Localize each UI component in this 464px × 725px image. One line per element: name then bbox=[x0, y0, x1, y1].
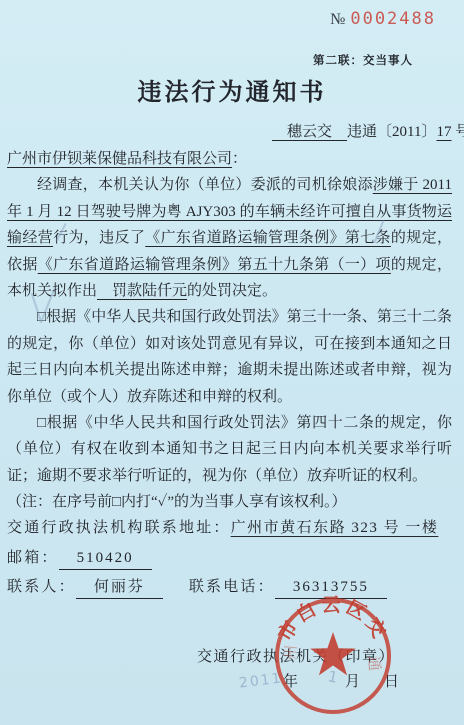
document-number-line: 穗云交 违通〔2011〕17 号 bbox=[272, 120, 464, 141]
person-value: 何丽芬 bbox=[76, 576, 163, 599]
text-segment: 17 bbox=[436, 124, 451, 140]
seal-left-partial-char: 州 bbox=[282, 644, 300, 660]
text-segment: 号 bbox=[451, 124, 464, 140]
copy-label: 第二联：交当事人 bbox=[313, 52, 413, 68]
contact-block: 交通行政执法机构联系地址：广州市黄石东路 323 号 一楼 邮箱：510420 … bbox=[7, 514, 454, 603]
person-label: 联系人： bbox=[7, 579, 76, 595]
phone-label: 联系电话： bbox=[189, 579, 275, 595]
zip-value: 510420 bbox=[59, 547, 152, 570]
address-value: 广州市黄石东路 323 号 一楼 bbox=[231, 520, 439, 536]
text-segment: 穗云交 bbox=[272, 124, 347, 140]
seal-graphic: 市白云区交 州 通 bbox=[271, 594, 395, 718]
text-segment: 行为，违反了 bbox=[53, 230, 145, 246]
para-hearing-text: 根据《中华人民共和国行政处罚法》第四十二条的规定，你（单位）有权在收到本通知书之… bbox=[7, 415, 452, 484]
text-segment: 违通〔2011〕 bbox=[347, 124, 436, 140]
zip-label: 邮箱： bbox=[7, 550, 59, 566]
text-segment: 罚款陆仟元 bbox=[97, 283, 187, 299]
star-icon bbox=[310, 632, 356, 675]
numero-sign: № bbox=[330, 11, 346, 28]
para-investigation: 经调查，本机关认为你（单位）委派的司机徐娘添涉嫌于 2011 年 1 月 12 … bbox=[7, 172, 452, 304]
para-statement-text: 根据《中华人民共和国行政处罚法》第三十一条、第三十二条的规定，你（单位）如对该处… bbox=[7, 309, 452, 404]
official-seal-stamp: 市白云区交 州 通 bbox=[271, 594, 395, 718]
recipient-name: 广州市伊钡莱保健品科技有限公司 bbox=[7, 151, 232, 167]
contact-address-line: 交通行政执法机构联系地址：广州市黄石东路 323 号 一楼 bbox=[7, 514, 454, 544]
recipient-line: 广州市伊钡莱保健品科技有限公司： bbox=[7, 146, 452, 172]
checkbox-hearing: □ bbox=[37, 415, 47, 431]
document-body: 广州市伊钡莱保健品科技有限公司： 经调查，本机关认为你（单位）委派的司机徐娘添涉… bbox=[7, 146, 452, 516]
text-segment: 《广东省道路运输管理条例》第七条 bbox=[145, 230, 391, 246]
serial-number: 0002488 bbox=[350, 9, 436, 29]
note-line: （注：在序号前□内打“✓”的为当事人享有该权利。） bbox=[7, 489, 452, 515]
seal-right-partial-char: 通 bbox=[365, 655, 383, 671]
recipient-colon: ： bbox=[232, 151, 247, 167]
text-segment: 《广东省道路运输管理条例》第五十九条第（一）项 bbox=[38, 257, 391, 273]
pen-check-mark-icon bbox=[28, 284, 60, 326]
page-title: 违法行为通知书 bbox=[0, 72, 464, 107]
text-segment: 经调查，本机关认为你（单位）委派的司机徐娘添 bbox=[37, 177, 373, 193]
address-label: 交通行政执法机构联系地址： bbox=[7, 520, 231, 536]
serial-number-stamp: № 0002488 bbox=[330, 9, 436, 29]
para-hearing-right: □根据《中华人民共和国行政处罚法》第四十二条的规定，你（单位）有权在收到本通知书… bbox=[7, 410, 452, 489]
para-statement-right: □根据《中华人民共和国行政处罚法》第三十一条、第三十二条的规定，你（单位）如对该… bbox=[7, 304, 452, 410]
contact-zip-line: 邮箱：510420 bbox=[7, 544, 454, 574]
text-segment: 的处罚决定。 bbox=[187, 283, 277, 299]
violation-notice-document: № 0002488 第二联：交当事人 违法行为通知书 穗云交 违通〔2011〕1… bbox=[0, 0, 464, 725]
